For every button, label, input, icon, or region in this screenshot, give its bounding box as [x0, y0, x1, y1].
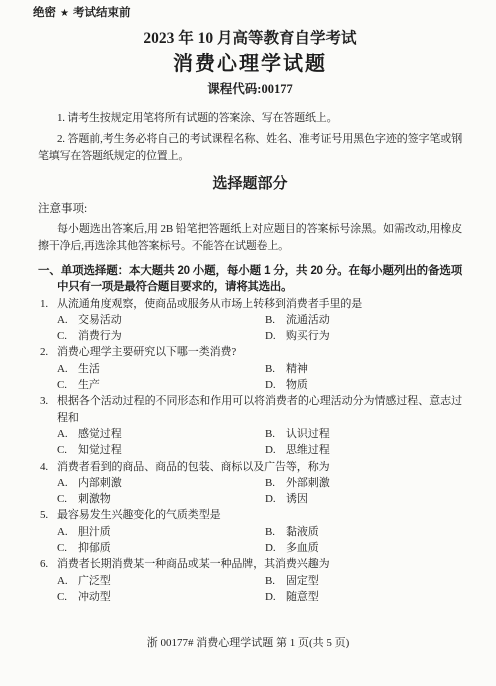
- option-label: A.: [57, 573, 78, 589]
- option-text: 购买行为: [286, 330, 330, 342]
- option-text: 感觉过程: [78, 428, 122, 440]
- option-label: B.: [265, 475, 286, 491]
- question-stem: 消费心理学主要研究以下哪一类消费?: [57, 344, 462, 360]
- option-label: D.: [265, 589, 286, 605]
- question-item: 5. 最容易发生兴趣变化的气质类型是 A.胆汁质B.黏液质C.抑郁质D.多血质: [38, 507, 462, 556]
- option-text: 固定型: [286, 575, 319, 587]
- instruction-item-2: 2. 答题前,考生务必将自己的考试课程名称、姓名、准考证号用黑色字迹的签字笔或钢…: [38, 131, 462, 166]
- option-text: 诱因: [286, 493, 308, 505]
- question-stem: 最容易发生兴趣变化的气质类型是: [57, 507, 462, 523]
- option-d: D.物质: [265, 377, 462, 393]
- option-text: 认识过程: [286, 428, 330, 440]
- option-c: C.冲动型: [57, 589, 265, 605]
- question-number: 5.: [38, 507, 57, 523]
- option-c: C.生产: [57, 377, 265, 393]
- option-label: C.: [57, 589, 78, 605]
- option-label: C.: [57, 540, 78, 556]
- option-b: B.精神: [265, 361, 462, 377]
- course-code: 课程代码:00177: [38, 81, 462, 97]
- option-c: C.消费行为: [57, 328, 265, 344]
- question-options: A.广泛型B.固定型C.冲动型D.随意型: [57, 573, 462, 606]
- classification-banner: 绝密★考试结束前: [33, 6, 462, 21]
- question-item: 6. 消费者长期消费某一种商品或某一种品牌，其消费兴趣为 A.广泛型B.固定型C…: [38, 556, 462, 605]
- option-b: B.认识过程: [265, 426, 462, 442]
- page-footer: 浙 00177# 消费心理学试题 第 1 页(共 5 页): [0, 636, 496, 651]
- option-label: A.: [57, 426, 78, 442]
- option-text: 消费行为: [78, 330, 122, 342]
- question-options: A.生活B.精神C.生产D.物质: [57, 361, 462, 394]
- option-text: 交易活动: [78, 314, 122, 326]
- option-text: 知觉过程: [78, 444, 122, 456]
- question-stem: 根据各个活动过程的不同形态和作用可以将消费者的心理活动分为情感过程、意志过程和: [57, 393, 462, 426]
- option-label: A.: [57, 524, 78, 540]
- option-text: 精神: [286, 363, 308, 375]
- option-text: 内部刺激: [78, 477, 122, 489]
- option-label: B.: [265, 361, 286, 377]
- option-label: B.: [265, 312, 286, 328]
- exam-session-title: 2023 年 10 月高等教育自学考试: [38, 29, 462, 49]
- notice-label: 注意事项:: [38, 201, 462, 218]
- question-item: 2. 消费心理学主要研究以下哪一类消费? A.生活B.精神C.生产D.物质: [38, 344, 462, 393]
- option-label: D.: [265, 442, 286, 458]
- option-c: C.知觉过程: [57, 442, 265, 458]
- option-d: D.随意型: [265, 589, 462, 605]
- option-label: D.: [265, 328, 286, 344]
- option-a: A.广泛型: [57, 573, 265, 589]
- classification-suffix: 考试结束前: [73, 7, 131, 19]
- question-item: 3. 根据各个活动过程的不同形态和作用可以将消费者的心理活动分为情感过程、意志过…: [38, 393, 462, 458]
- option-b: B.外部刺激: [265, 475, 462, 491]
- question-options: A.交易活动B.流通活动C.消费行为D.购买行为: [57, 312, 462, 345]
- option-text: 流通活动: [286, 314, 330, 326]
- question-item: 1. 从流通角度观察，使商品或服务从市场上转移到消费者手里的是 A.交易活动B.…: [38, 296, 462, 345]
- instruction-item-1: 1. 请考生按规定用笔将所有试题的答案涂、写在答题纸上。: [38, 110, 462, 128]
- option-b: B.固定型: [265, 573, 462, 589]
- option-label: A.: [57, 475, 78, 491]
- option-text: 刺激物: [78, 493, 111, 505]
- question-stem: 消费者看到的商品、商品的包装、商标以及广告等，称为: [57, 459, 462, 475]
- part-heading: 一、单项选择题：本大题共 20 小题，每小题 1 分，共 20 分。在每小题列出…: [38, 263, 462, 296]
- option-label: C.: [57, 377, 78, 393]
- option-label: D.: [265, 491, 286, 507]
- exam-subject-title: 消费心理学试题: [38, 52, 462, 76]
- notice-text: 每小题选出答案后,用 2B 铅笔把答题纸上对应题目的答案标号涂黑。如需改动,用橡…: [38, 221, 462, 255]
- option-text: 广泛型: [78, 575, 111, 587]
- question-number: 2.: [38, 344, 57, 360]
- option-text: 黏液质: [286, 526, 319, 538]
- question-number: 1.: [38, 296, 57, 312]
- option-d: D.诱因: [265, 491, 462, 507]
- star-icon: ★: [56, 7, 73, 21]
- option-label: C.: [57, 491, 78, 507]
- option-a: A.感觉过程: [57, 426, 265, 442]
- classification-prefix: 绝密: [33, 7, 56, 19]
- option-label: C.: [57, 328, 78, 344]
- option-text: 冲动型: [78, 591, 111, 603]
- option-text: 抑郁质: [78, 542, 111, 554]
- question-stem: 从流通角度观察，使商品或服务从市场上转移到消费者手里的是: [57, 296, 462, 312]
- option-label: C.: [57, 442, 78, 458]
- option-a: A.内部刺激: [57, 475, 265, 491]
- exam-paper-page: 绝密★考试结束前 2023 年 10 月高等教育自学考试 消费心理学试题 课程代…: [0, 0, 496, 686]
- option-text: 随意型: [286, 591, 319, 603]
- question-options: A.胆汁质B.黏液质C.抑郁质D.多血质: [57, 524, 462, 557]
- option-d: D.思维过程: [265, 442, 462, 458]
- option-label: D.: [265, 377, 286, 393]
- option-c: C.抑郁质: [57, 540, 265, 556]
- option-a: A.生活: [57, 361, 265, 377]
- general-instructions: 1. 请考生按规定用笔将所有试题的答案涂、写在答题纸上。 2. 答题前,考生务必…: [38, 110, 462, 166]
- option-text: 外部刺激: [286, 477, 330, 489]
- question-item: 4. 消费者看到的商品、商品的包装、商标以及广告等，称为 A.内部刺激B.外部刺…: [38, 459, 462, 508]
- option-label: A.: [57, 361, 78, 377]
- option-text: 胆汁质: [78, 526, 111, 538]
- option-text: 生活: [78, 363, 100, 375]
- option-label: D.: [265, 540, 286, 556]
- question-options: A.感觉过程B.认识过程C.知觉过程D.思维过程: [57, 426, 462, 459]
- option-b: B.黏液质: [265, 524, 462, 540]
- question-number: 6.: [38, 556, 57, 572]
- option-label: A.: [57, 312, 78, 328]
- option-b: B.流通活动: [265, 312, 462, 328]
- question-number: 4.: [38, 459, 57, 475]
- option-text: 多血质: [286, 542, 319, 554]
- option-label: B.: [265, 524, 286, 540]
- option-text: 生产: [78, 379, 100, 391]
- multiple-choice-part: 一、单项选择题：本大题共 20 小题，每小题 1 分，共 20 分。在每小题列出…: [38, 263, 462, 605]
- section-title: 选择题部分: [38, 175, 462, 192]
- question-stem: 消费者长期消费某一种商品或某一种品牌，其消费兴趣为: [57, 556, 462, 572]
- option-c: C.刺激物: [57, 491, 265, 507]
- option-label: B.: [265, 573, 286, 589]
- option-text: 思维过程: [286, 444, 330, 456]
- option-text: 物质: [286, 379, 308, 391]
- question-options: A.内部刺激B.外部刺激C.刺激物D.诱因: [57, 475, 462, 508]
- option-a: A.交易活动: [57, 312, 265, 328]
- option-d: D.多血质: [265, 540, 462, 556]
- option-d: D.购买行为: [265, 328, 462, 344]
- option-a: A.胆汁质: [57, 524, 265, 540]
- question-list: 1. 从流通角度观察，使商品或服务从市场上转移到消费者手里的是 A.交易活动B.…: [38, 296, 462, 606]
- option-label: B.: [265, 426, 286, 442]
- question-number: 3.: [38, 393, 57, 426]
